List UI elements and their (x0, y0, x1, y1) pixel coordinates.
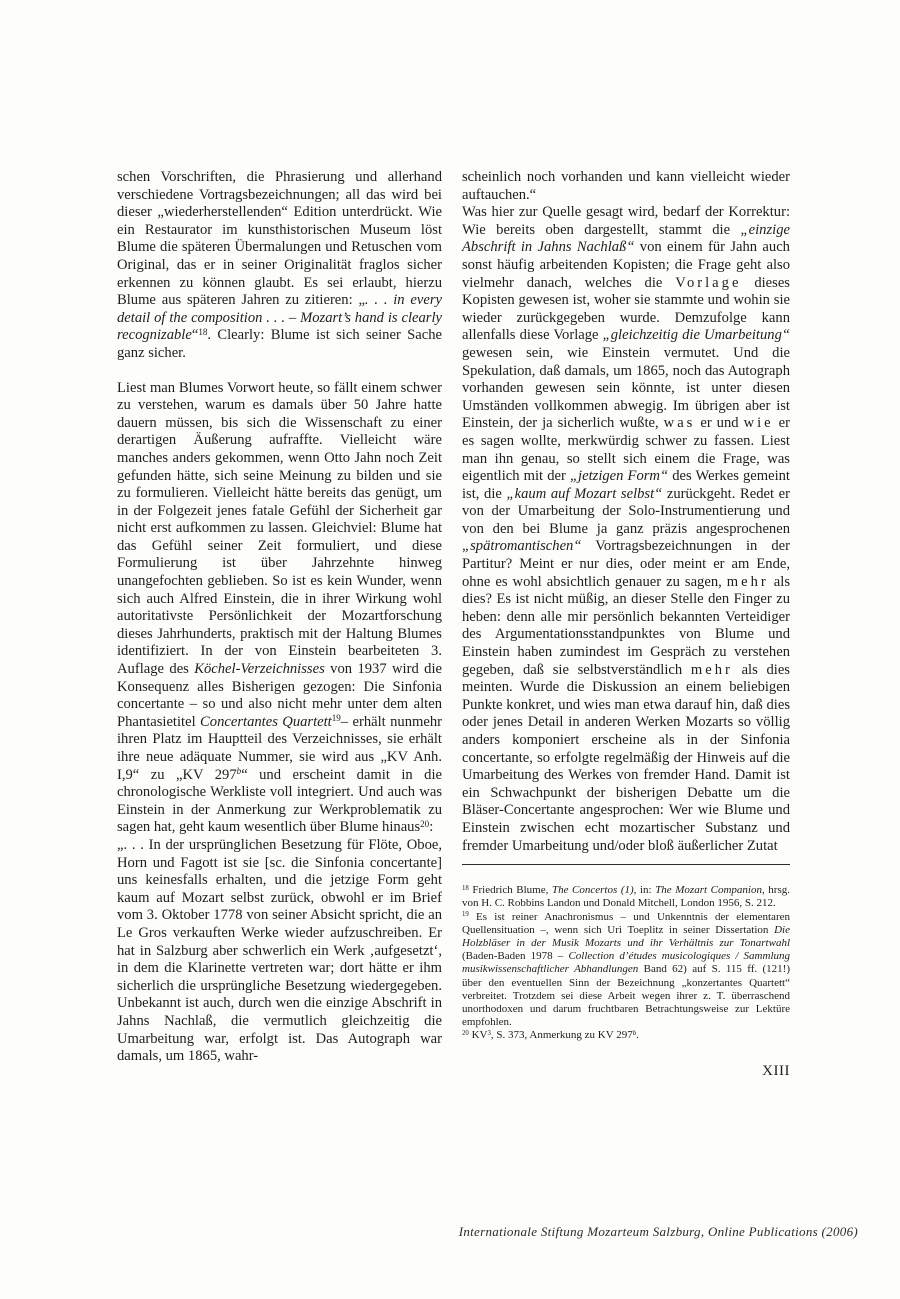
document-page: schen Vorschriften, die Phrasierung und … (0, 0, 900, 1299)
paragraph-zitat-fortsetzung: scheinlich noch vorhanden und kann viell… (462, 169, 790, 204)
footnote-19: 19 Es ist reiner Anachronismus – und Unk… (462, 911, 790, 1030)
paragraph-restaurator: schen Vorschriften, die Phrasierung und … (117, 169, 442, 363)
left-column: schen Vorschriften, die Phrasierung und … (117, 169, 442, 1066)
footnotes: 18 Friedrich Blume, The Concertos (1), i… (462, 865, 790, 1042)
right-column: scheinlich noch vorhanden und kann viell… (462, 169, 790, 1080)
footnote-18: 18 Friedrich Blume, The Concertos (1), i… (462, 884, 790, 910)
footer-credit: Internationale Stiftung Mozarteum Salzbu… (459, 1224, 858, 1240)
paragraph-quellen-korrektur: Was hier zur Quelle gesagt wird, bedarf … (462, 204, 790, 855)
page-number: XIII (462, 1063, 790, 1081)
paragraph-blumes-vorwort: Liest man Blumes Vorwort heute, so fällt… (117, 380, 442, 837)
paragraph-einstein-zitat: „. . . In der ursprünglichen Besetzung f… (117, 837, 442, 1066)
footnote-20: 20 KV3, S. 373, Anmerkung zu KV 297b. (462, 1029, 790, 1042)
right-column-text: scheinlich noch vorhanden und kann viell… (462, 169, 790, 855)
